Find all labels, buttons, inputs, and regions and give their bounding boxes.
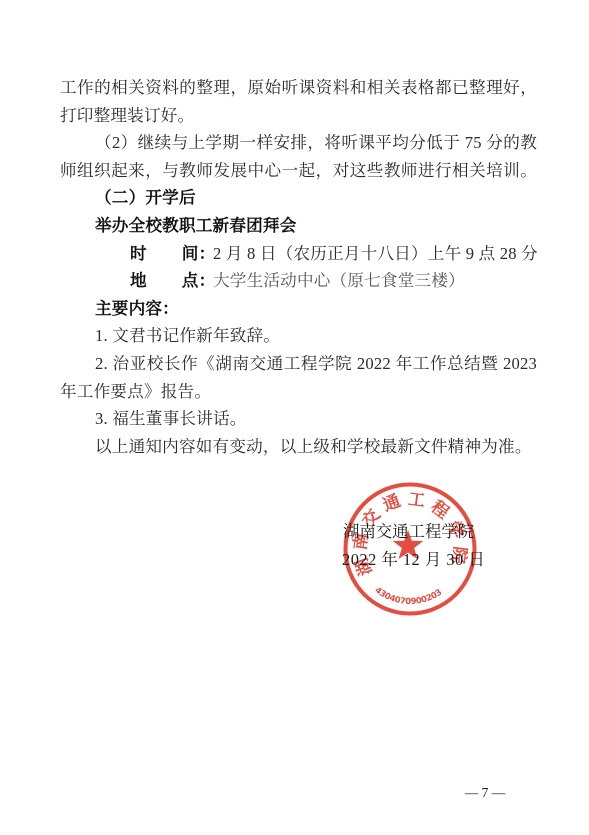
text-line: 工作的相关资料的整理，原始听课资料和相关表格都已整理好， <box>60 74 537 102</box>
line-label: 地点： <box>95 267 208 295</box>
text-line: （二）开学后 <box>60 184 537 212</box>
text-line: 2. 治亚校长作《湖南交通工程学院 2022 年工作总结暨 2023 <box>60 350 537 378</box>
text-line: 年工作要点》报告。 <box>60 378 537 406</box>
document-page: 工作的相关资料的整理，原始听课资料和相关表格都已整理好，打印整理装订好。（2）继… <box>0 0 589 835</box>
svg-text:4304070900203: 4304070900203 <box>373 586 444 607</box>
line-value: 大学生活动中心（原七食堂三楼） <box>208 271 465 290</box>
text-line: 师组织起来，与教师发展中心一起，对这些教师进行相关培训。 <box>60 157 537 185</box>
line-value: 2 月 8 日（农历正月十八日）上午 9 点 28 分 <box>208 244 538 263</box>
seal-code: 4304070900203 <box>373 586 444 607</box>
signature-date: 2022 年 12 月 30 日 <box>342 546 482 574</box>
text-line: 举办全校教职工新春团拜会 <box>60 212 537 240</box>
text-line: 1. 文君书记作新年致辞。 <box>60 322 537 350</box>
text-line: 地点：大学生活动中心（原七食堂三楼） <box>60 267 537 295</box>
text-line: （2）继续与上学期一样安排，将听课平均分低于 75 分的教 <box>60 129 537 157</box>
page-number: — 7 — <box>455 783 515 803</box>
text-line: 3. 福生董事长讲话。 <box>60 405 537 433</box>
signature-organization: 湖南交通工程学院 <box>343 518 483 546</box>
document-body: 工作的相关资料的整理，原始听课资料和相关表格都已整理好，打印整理装订好。（2）继… <box>60 74 537 460</box>
text-line: 以上通知内容如有变动，以上级和学校最新文件精神为准。 <box>60 433 537 461</box>
line-label: 时间： <box>95 240 208 268</box>
text-line: 时间：2 月 8 日（农历正月十八日）上午 9 点 28 分 <box>60 240 537 268</box>
text-line: 打印整理装订好。 <box>60 102 537 130</box>
text-line: 主要内容： <box>60 295 537 323</box>
